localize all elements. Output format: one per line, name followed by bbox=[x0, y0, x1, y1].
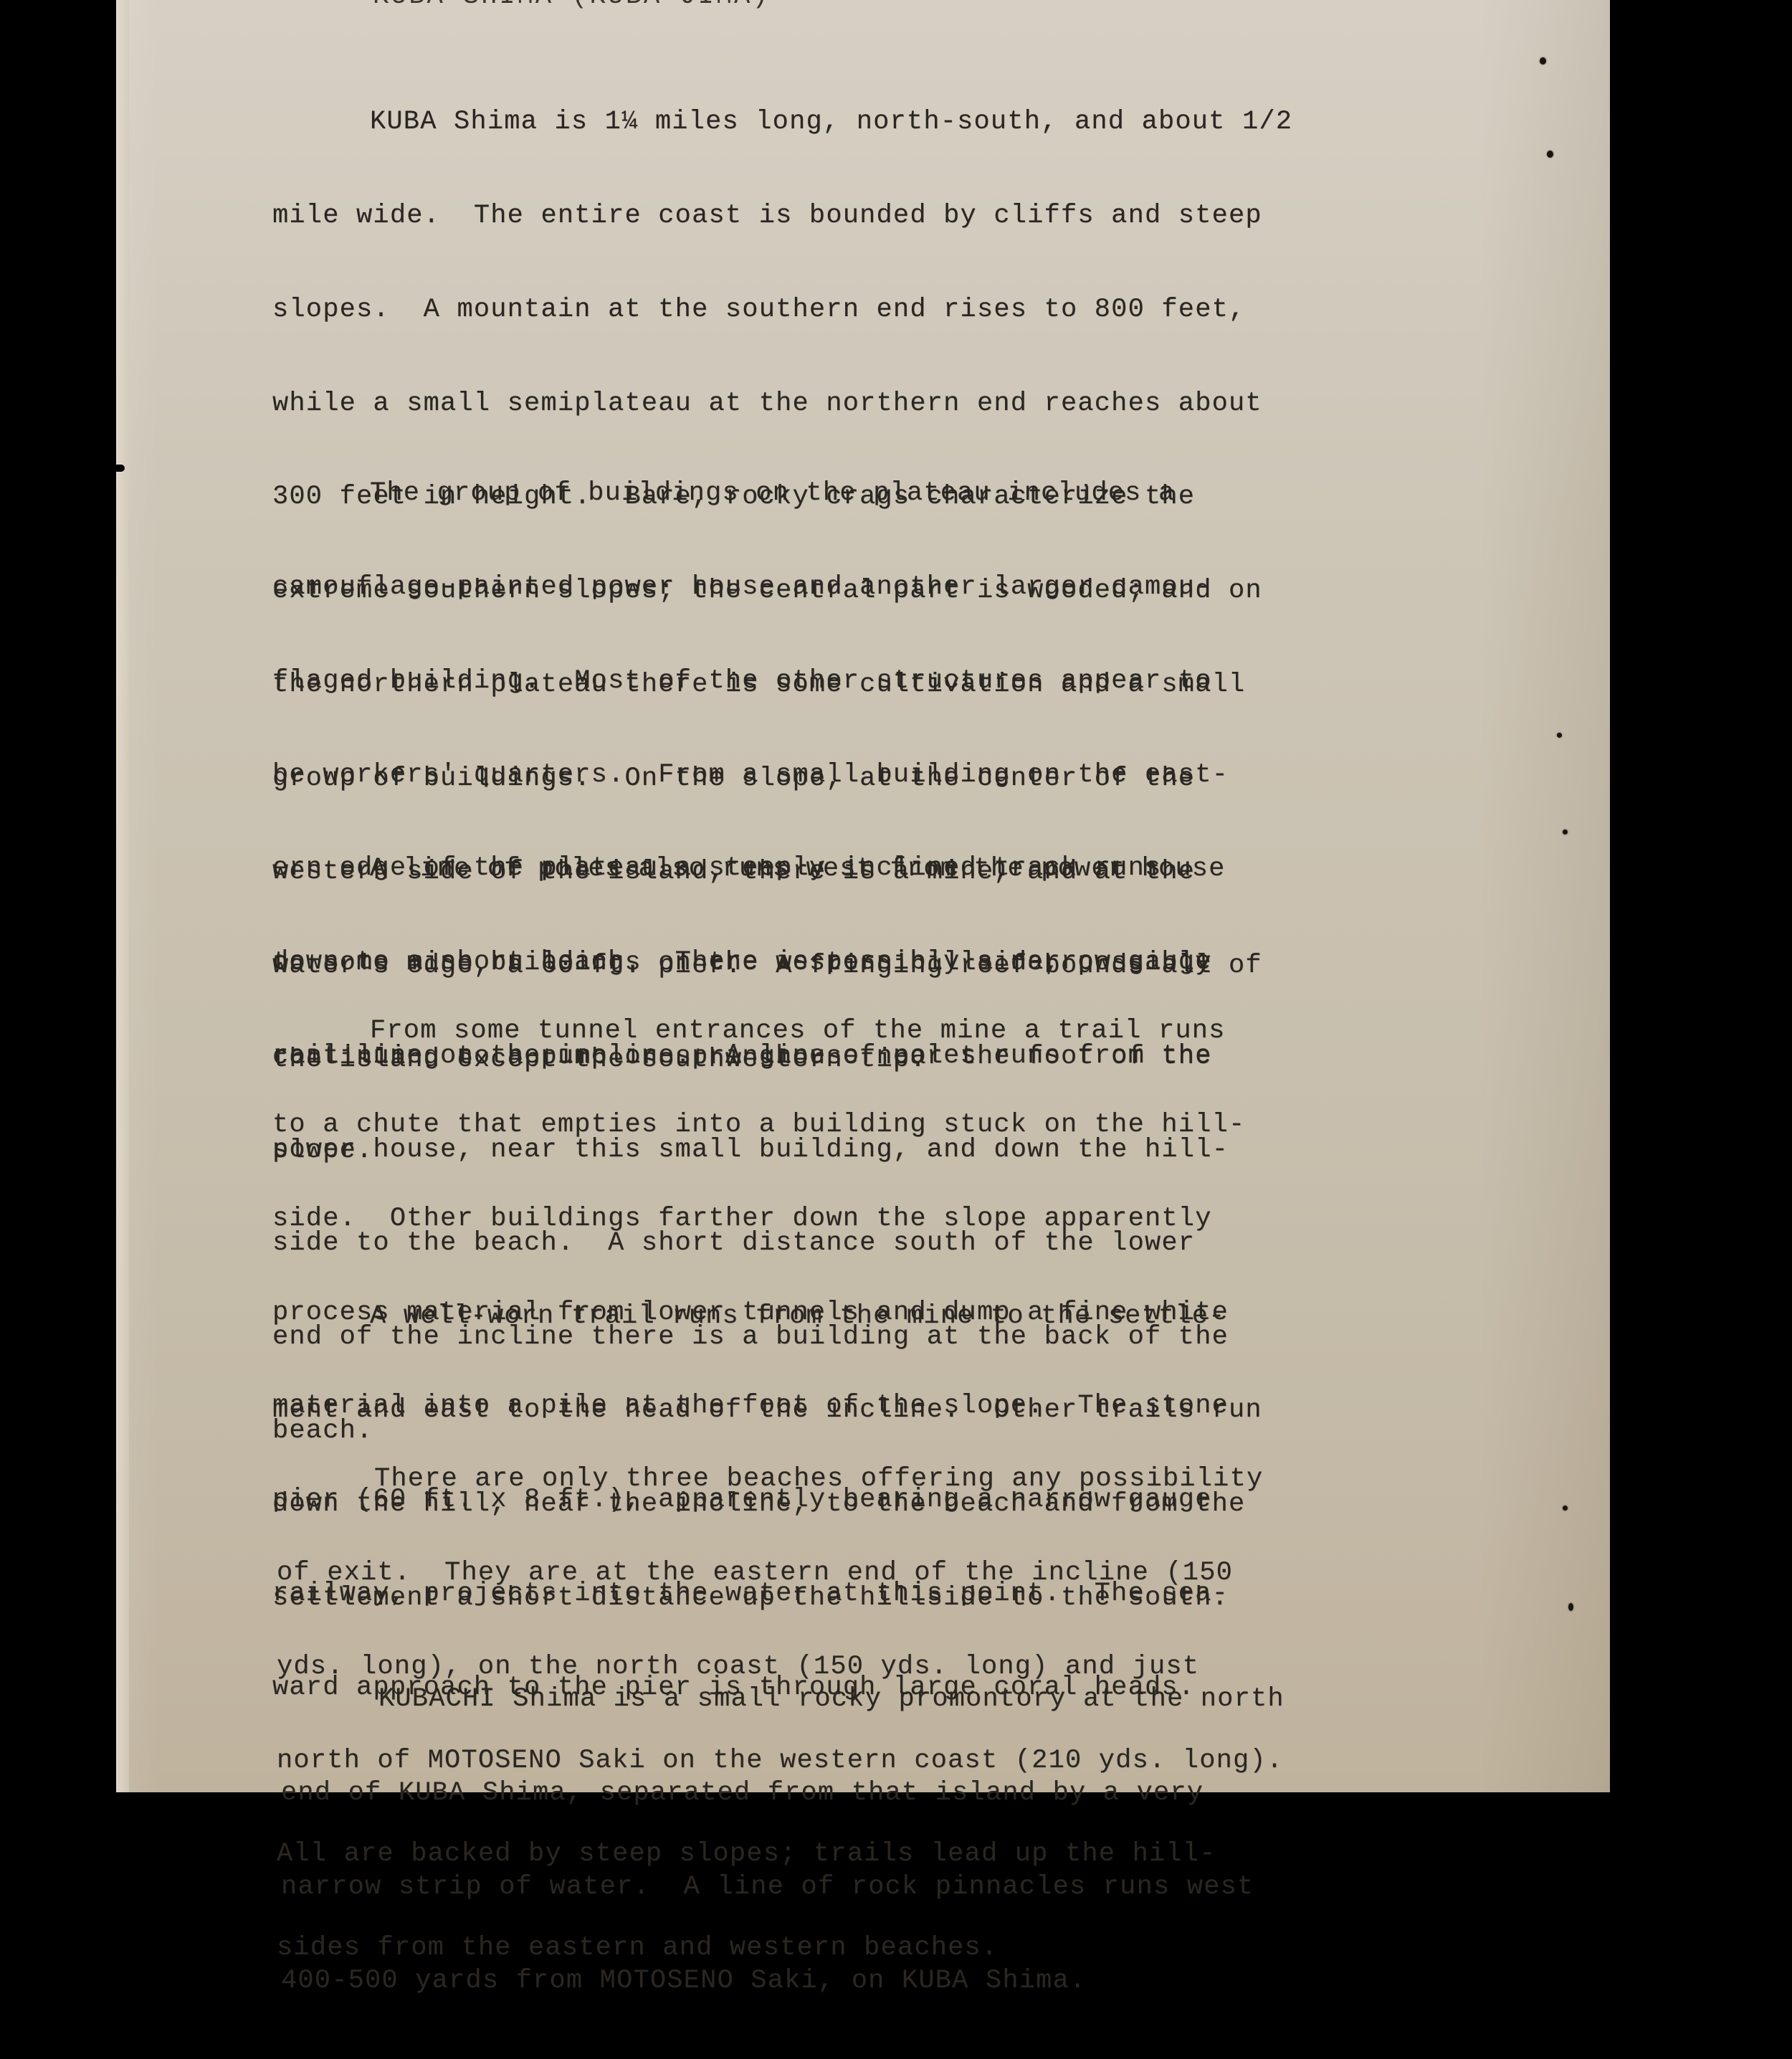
text-line: slopes. A mountain at the southern end r… bbox=[272, 295, 1434, 326]
text-line: mile wide. The entire coast is bounded b… bbox=[272, 201, 1434, 232]
pinhole-mark bbox=[1547, 151, 1553, 158]
text-line: A line of poles also runs west from the … bbox=[272, 854, 1434, 885]
text-line: of exit. They are at the eastern end of … bbox=[277, 1558, 1438, 1589]
text-line: A well-worn trail runs from the mine to … bbox=[272, 1301, 1434, 1333]
text-line: to a chute that empties into a building … bbox=[272, 1110, 1434, 1141]
paper-edge-nick bbox=[113, 465, 125, 472]
text-line: while a small semiplateau at the norther… bbox=[272, 389, 1434, 420]
text-line: From some tunnel entrances of the mine a… bbox=[272, 1016, 1434, 1047]
pinhole-mark bbox=[1563, 829, 1568, 834]
text-line: The group of buildings on the plateau in… bbox=[272, 478, 1434, 510]
text-line: KUBACHI Shima is a small rocky promontor… bbox=[281, 1684, 1442, 1716]
pinhole-mark bbox=[1540, 57, 1546, 65]
text-line: be workers' quarters. From a small build… bbox=[272, 760, 1434, 791]
text-line: There are only three beaches offering an… bbox=[277, 1464, 1438, 1495]
document-heading: KUBA SHIMA (KUBA JIMA) bbox=[373, 0, 770, 13]
pinhole-mark bbox=[1557, 733, 1562, 738]
text-line: side. Other buildings farther down the s… bbox=[272, 1204, 1434, 1235]
paper-left-edge bbox=[116, 0, 129, 1792]
pinhole-mark bbox=[1563, 1506, 1568, 1511]
paragraph-kubachi-shima: KUBACHI Shima is a small rocky promontor… bbox=[281, 1622, 1442, 1792]
text-line: KUBA Shima is 1¼ miles long, north-south… bbox=[272, 107, 1434, 138]
text-line: end of KUBA Shima, separated from that i… bbox=[281, 1778, 1442, 1792]
pinhole-mark bbox=[1568, 1603, 1573, 1611]
text-line: camouflage-painted power house and anoth… bbox=[272, 572, 1434, 604]
text-line: flaged building. Most of the other struc… bbox=[272, 666, 1434, 698]
